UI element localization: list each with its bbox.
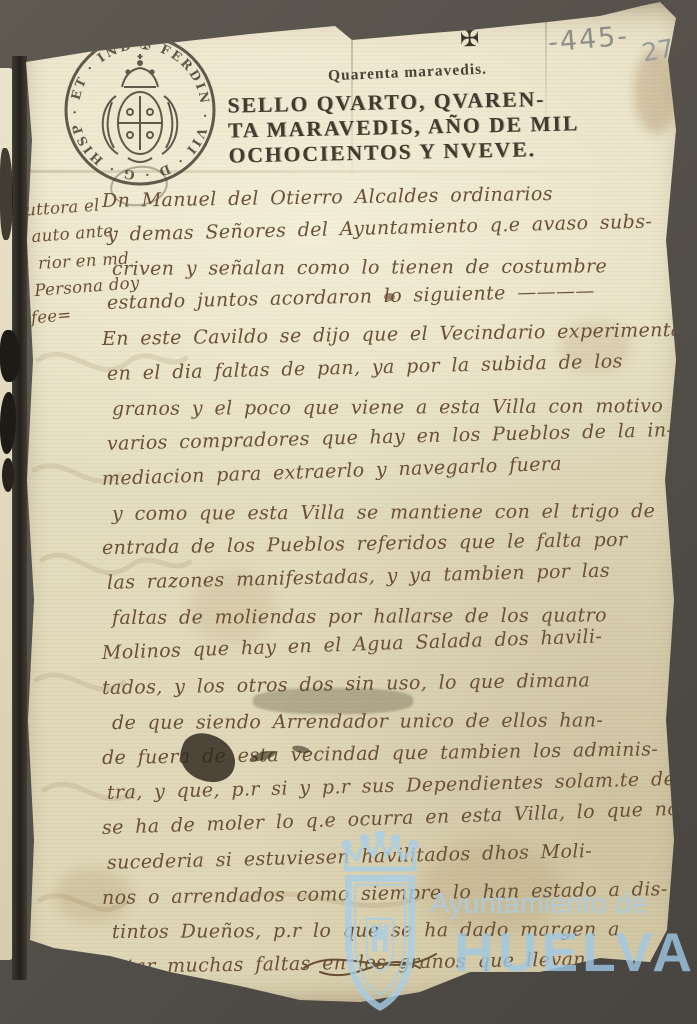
- manuscript-line: tados, y los otros dos sin uso, lo que d…: [102, 662, 668, 706]
- manuscript-body: En este Cavildo se dijo que el Vecindari…: [102, 322, 668, 985]
- manuscript-page: ✠ FERDIN · VII · D · G · HISP · ET · IND…: [0, 0, 697, 1024]
- svg-text:✠ FERDIN · VII · D · G · HISP: ✠ FERDIN · VII · D · G · HISP · ET · IND…: [60, 30, 213, 183]
- crowned-coat-of-arms: [103, 54, 178, 162]
- printed-seal-block: SELLO QVARTO, QVAREN-TA MARAVEDIS, AÑO D…: [227, 86, 580, 168]
- cross-mark: ✠: [460, 26, 480, 53]
- closing-rubric: [298, 942, 448, 984]
- seal-legend: ✠ FERDIN · VII · D · G · HISP · ET · IND…: [60, 30, 213, 183]
- folio-number-secondary: 27: [640, 33, 676, 67]
- manuscript-opening: Dn Manuel del Otierro Alcaldes ordinario…: [102, 184, 664, 320]
- document-scan: ✠ FERDIN · VII · D · G · HISP · ET · IND…: [0, 0, 697, 1024]
- binding-shadow: [12, 56, 27, 980]
